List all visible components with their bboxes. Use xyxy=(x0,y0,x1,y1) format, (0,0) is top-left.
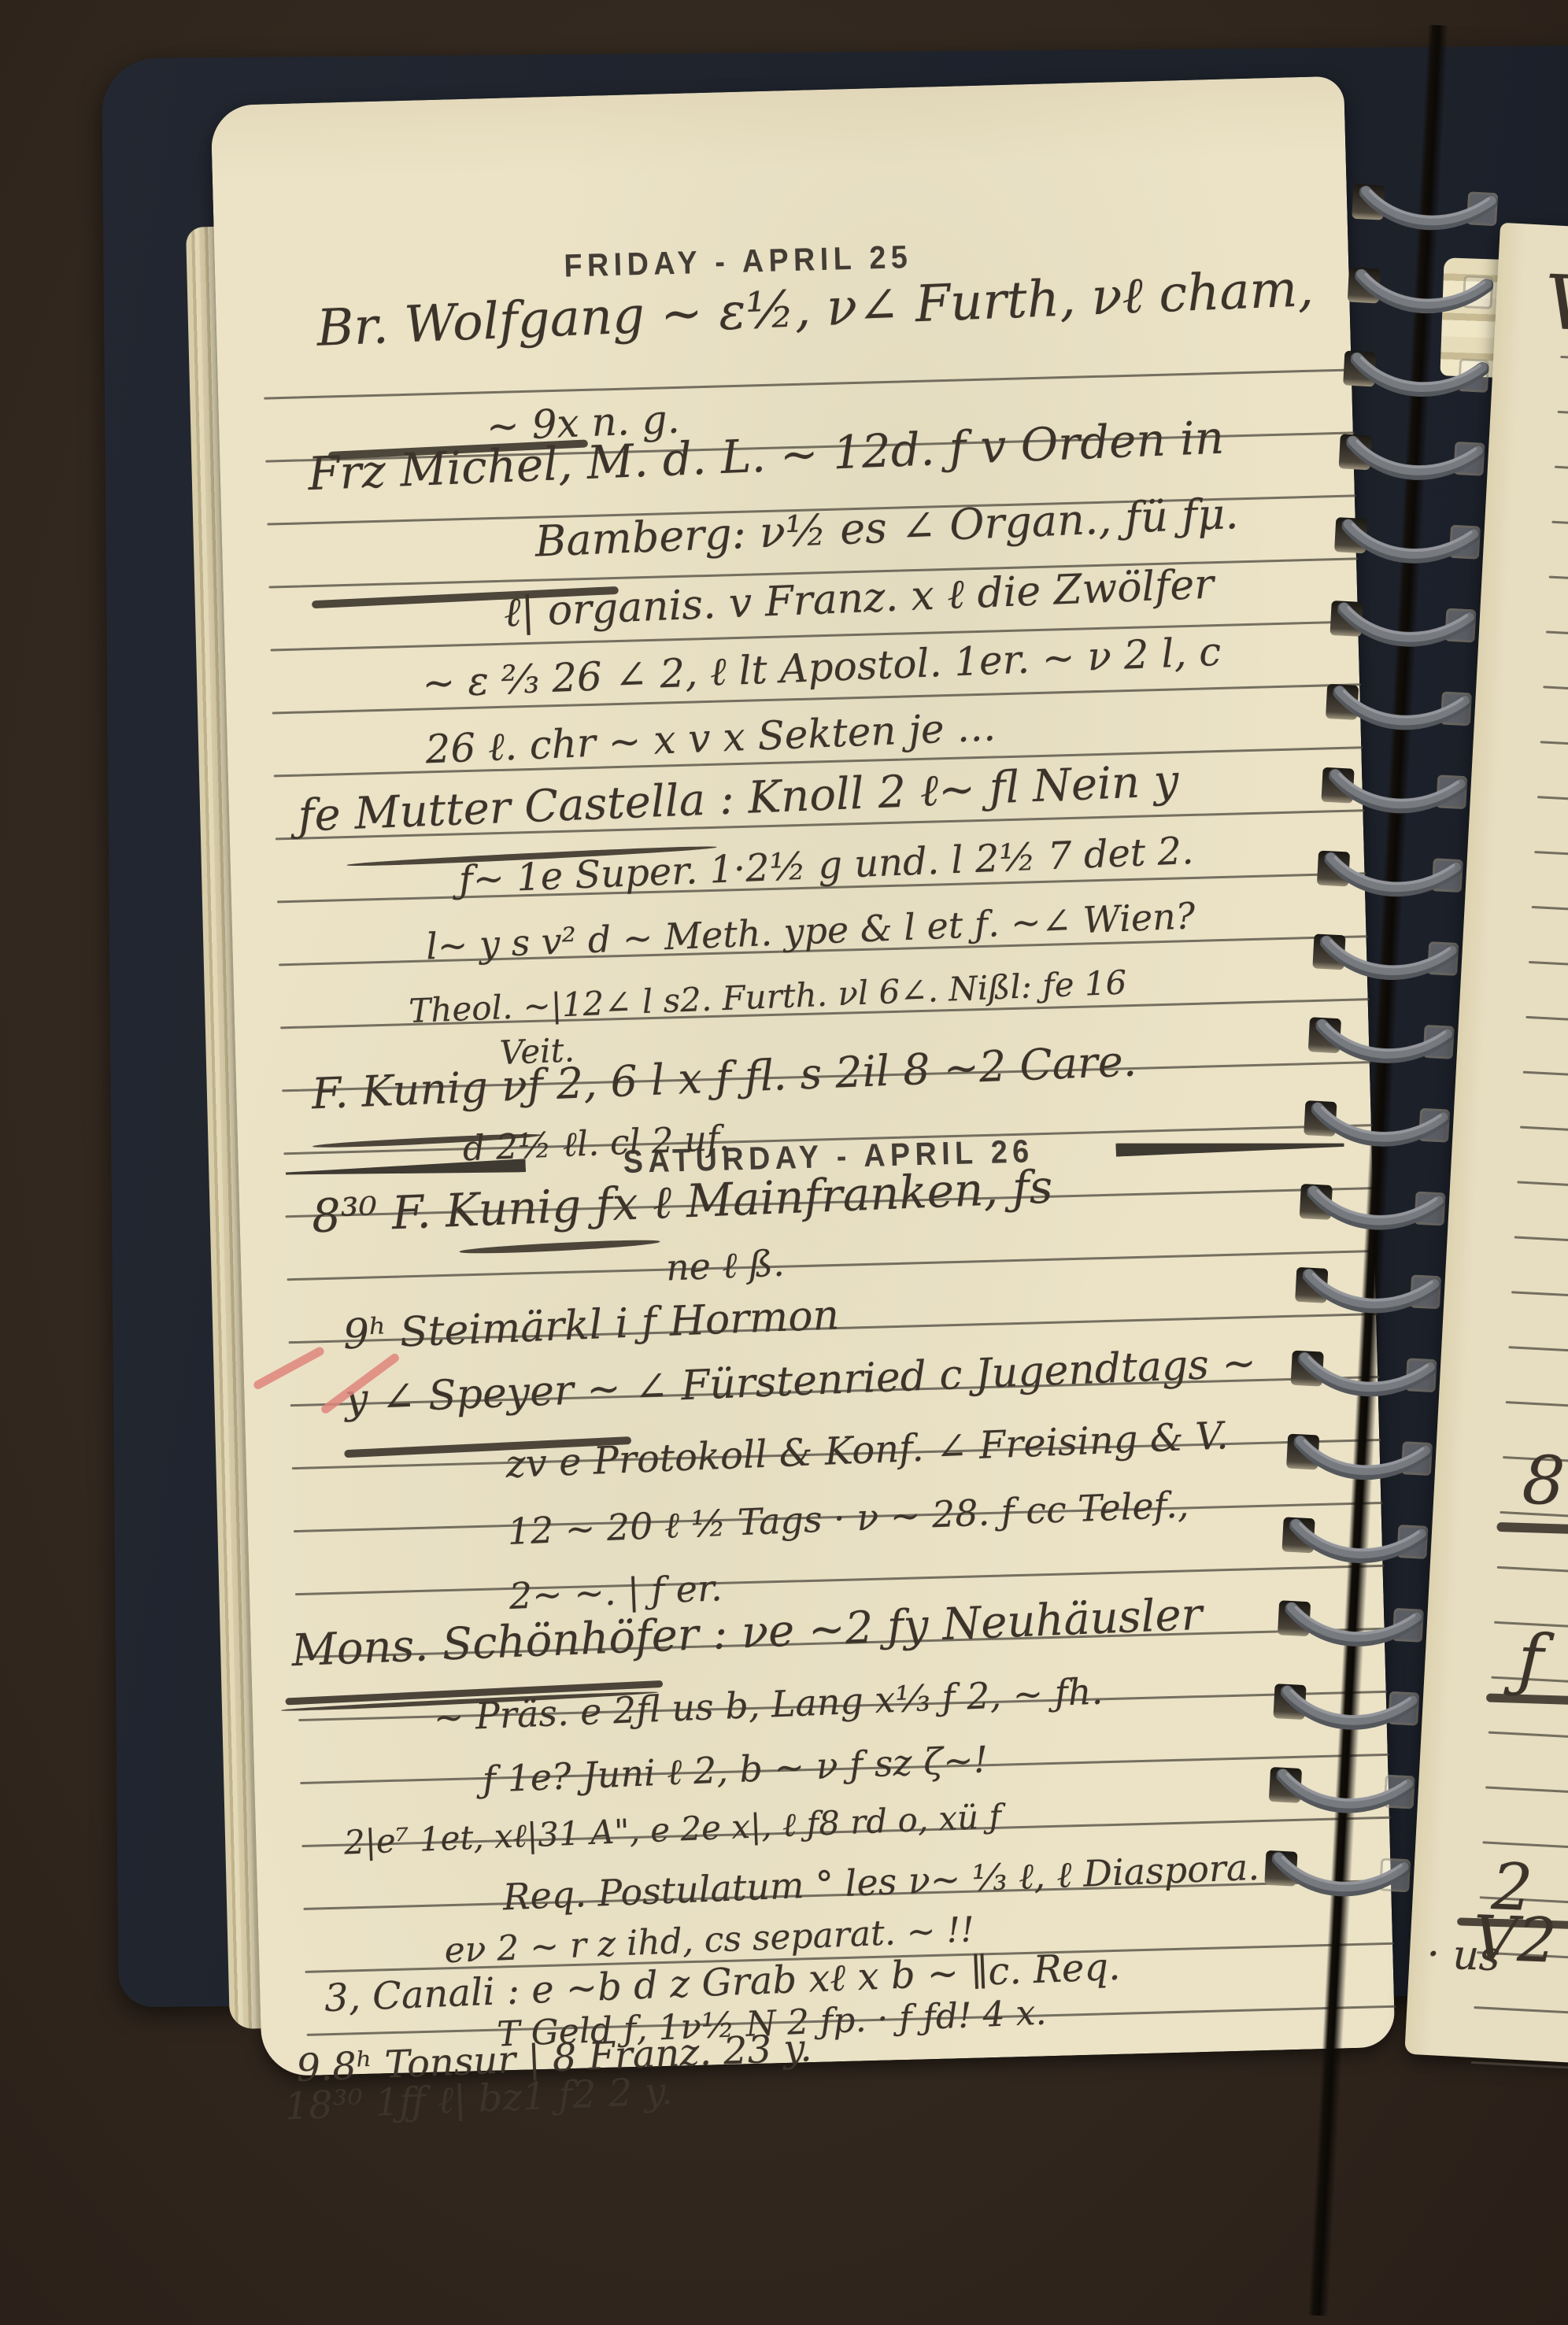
coil-wire xyxy=(1292,1432,1433,1488)
coil-wire xyxy=(1357,183,1498,238)
ruled-line xyxy=(1471,2061,1568,2075)
ruled-line xyxy=(1534,851,1568,864)
handwritten-line: d 2½ ℓl. cl 2 uf. xyxy=(462,1122,730,1167)
handwritten-line: ~ Präs. e 2ƒl us b, Lang x⅓ ƒ 2, ~ ƒh. xyxy=(433,1673,1104,1735)
handwritten-line: Theol. ~|12∠ l s2. Furth. νl 6∠. Nißl: ƒ… xyxy=(409,966,1128,1028)
handwritten-line: Bamberg: ν½ es ∠ Organ., ƒü ƒμ. xyxy=(534,493,1240,564)
ruled-line xyxy=(295,1565,1385,1595)
coil-wire xyxy=(1348,349,1489,405)
underline-swash xyxy=(1496,1522,1568,1535)
coil-wire xyxy=(1270,1849,1411,1905)
handwritten-line: zv e Protokoll & Konf. ∠ Freising & V. xyxy=(505,1417,1229,1484)
coil-wire xyxy=(1344,433,1485,489)
handwritten-line: F. Kunig νƒ 2, 6 l x ƒ ƒl. s 2il 8 ~2 Ca… xyxy=(311,1040,1137,1115)
handwritten-line: Mons. Schönhöfer : νe ~2 ƒy Neuhäusler xyxy=(290,1593,1203,1673)
ruled-line xyxy=(1551,521,1568,534)
handwritten-line: ƒ~ 1e Super. 1·2½ g und. l 2½ 7 det 2. xyxy=(458,832,1194,899)
ruled-line xyxy=(1546,630,1568,644)
handwritten-line: 12 ~ 20 ℓ ½ Tags · ν ~ 28. ƒ cc Telef., xyxy=(507,1486,1189,1550)
ruled-line xyxy=(1517,1181,1568,1194)
ruled-line xyxy=(1537,796,1568,809)
ruled-line xyxy=(1506,1401,1568,1414)
red-pencil-mark xyxy=(252,1346,325,1391)
coil-wire xyxy=(1336,599,1477,655)
diary-photo: FRIDAY - APRIL 25 SATURDAY - APRIL 26 Br… xyxy=(0,0,1568,2325)
ruled-line xyxy=(1549,576,1568,590)
coil-wire xyxy=(1327,766,1468,822)
handwritten-line: ℓ| organis. v Franz. x ℓ die Zwölfer xyxy=(503,564,1215,634)
ruled-line xyxy=(1514,1236,1568,1249)
ruled-line xyxy=(1532,906,1568,919)
ruled-line xyxy=(1560,356,1568,369)
handwritten-line: 2~ ~. | ƒ er. xyxy=(508,1569,723,1614)
ruled-line xyxy=(1520,1126,1568,1140)
ruled-line xyxy=(1508,1346,1568,1359)
handwritten-line: Frz Michel, M. d. L. ~ 12d. ƒ v Orden in xyxy=(307,414,1225,497)
handwritten-line: 8³⁰ F. Kunig ƒx ℓ Mainfranken, ƒs xyxy=(311,1164,1054,1240)
handwritten-line: Req. Postulatum ° les ν~ ⅓ ℓ, ℓ Diaspora… xyxy=(502,1849,1260,1916)
handwritten-line: y ∠ Speyer ~ ∠ Fürstenried c Jugendtags … xyxy=(344,1343,1257,1420)
ruled-line xyxy=(1540,741,1568,754)
handwriting-fragment: · us xyxy=(1426,1934,1501,1978)
coil-wire xyxy=(1296,1349,1437,1405)
handwritten-line: l~ y s v² d ~ Meth. ype & l et ƒ. ~∠ Wie… xyxy=(425,897,1196,964)
ruled-line xyxy=(1555,466,1568,479)
ruled-line xyxy=(287,1250,1376,1281)
ruled-line xyxy=(1474,2006,1568,2020)
coil-wire xyxy=(1309,1100,1450,1155)
ruled-line xyxy=(1525,1016,1568,1029)
handwritten-line: ƒ 1e? Juni ℓ 2, b ~ ν ƒ sz ζ~! xyxy=(482,1741,989,1798)
underline-swash xyxy=(1486,1693,1568,1704)
ruled-line xyxy=(264,368,1353,399)
ruled-line xyxy=(1497,1566,1568,1580)
coil-wire xyxy=(1322,849,1463,905)
handwriting-fragment: ƒ xyxy=(1516,1625,1544,1695)
coil-wire xyxy=(1331,682,1472,738)
left-diary-page: FRIDAY - APRIL 25 SATURDAY - APRIL 26 Br… xyxy=(210,76,1395,2077)
coil-wire xyxy=(1279,1682,1420,1738)
handwritten-line: 9ʰ Steimärkl i ƒ Hormon xyxy=(342,1295,840,1355)
ruled-line xyxy=(1485,1786,1568,1799)
ruled-line xyxy=(1529,961,1568,974)
coil-wire xyxy=(1353,266,1494,322)
handwritten-line: ne ℓ ß. xyxy=(665,1245,785,1286)
ruled-line xyxy=(1558,411,1568,424)
handwritten-line: 2|e⁷ 1et, xℓ|31 A", e 2e x|, ℓ ƒ8 rd o, … xyxy=(343,1800,1002,1860)
coil-wire xyxy=(1283,1599,1424,1655)
underline-swash xyxy=(459,1238,660,1255)
coil-wire xyxy=(1314,1016,1455,1072)
ruled-line xyxy=(1488,1732,1568,1745)
coil-wire xyxy=(1340,516,1481,572)
coil-wire xyxy=(1274,1765,1415,1821)
handwriting-fragment: 8 xyxy=(1521,1447,1566,1515)
ruled-line xyxy=(1543,686,1568,699)
ruled-line xyxy=(1511,1291,1568,1304)
coil-wire xyxy=(1288,1516,1429,1572)
coil-wire xyxy=(1305,1182,1446,1238)
handwriting-fragment: V xyxy=(1543,266,1568,343)
ruled-line xyxy=(1523,1071,1568,1085)
coil-wire xyxy=(1318,933,1459,989)
coil-wire xyxy=(1300,1266,1441,1321)
